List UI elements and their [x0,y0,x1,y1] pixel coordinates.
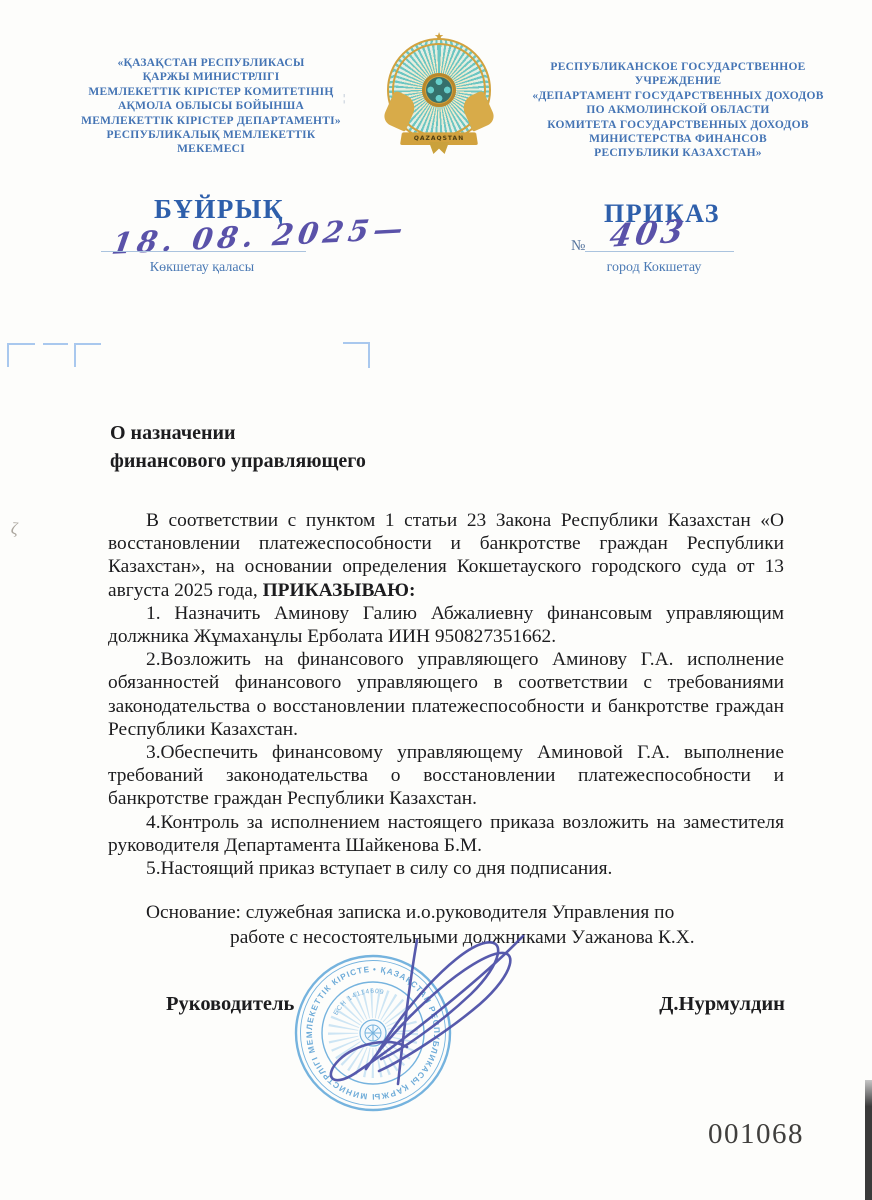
scan-smudge: ¦ [343,92,345,104]
subject-line: О назначении [110,419,366,447]
org-kk-line: АҚМОЛА ОБЛЫСЫ БОЙЫНША [66,99,356,113]
number-sign-label: № [571,238,585,255]
org-kk-line: «ҚАЗАҚСТАН РЕСПУБЛИКАСЫ [66,56,356,70]
crop-mark [7,343,9,367]
crop-mark [343,342,370,344]
org-ru-line: ПО АКМОЛИНСКОЙ ОБЛАСТИ [498,103,858,117]
signer-position-label: Руководитель [166,993,294,1016]
letterhead-org-name-kazakh: «ҚАЗАҚСТАН РЕСПУБЛИКАСЫ ҚАРЖЫ МИНИСТРЛІГ… [66,56,356,157]
org-ru-line: КОМИТЕТА ГОСУДАРСТВЕННЫХ ДОХОДОВ [498,118,858,132]
order-body: В соответствии с пунктом 1 статьи 23 Зак… [108,509,784,880]
order-item: 2.Возложить на финансового управляющего … [108,648,784,741]
crop-mark [43,343,68,345]
order-item: 5.Настоящий приказ вступает в силу со дн… [108,857,784,880]
crop-mark [368,342,370,368]
org-kk-line: РЕСПУБЛИКАЛЫҚ МЕМЛЕКЕТТІК [66,128,356,142]
emblem-shanyrak [422,73,456,107]
crop-mark [7,343,35,345]
date-underline [101,251,306,252]
org-ru-line: «ДЕПАРТАМЕНТ ГОСУДАРСТВЕННЫХ ДОХОДОВ [498,89,858,103]
signer-name: Д.Нурмулдин [640,993,785,1016]
org-kk-line: МЕКЕМЕСІ [66,142,356,156]
document-subject: О назначении финансового управляющего [110,419,366,475]
scan-smudge: ζ [9,519,19,540]
order-item: 4.Контроль за исполнением настоящего при… [108,811,784,857]
letterhead-org-name-russian: РЕСПУБЛИКАНСКОЕ ГОСУДАРСТВЕННОЕ УЧРЕЖДЕН… [498,60,858,161]
page-serial-number: 001068 [708,1118,804,1151]
org-ru-line: РЕСПУБЛИКАНСКОЕ ГОСУДАРСТВЕННОЕ [498,60,858,74]
org-ru-line: РЕСПУБЛИКИ КАЗАХСТАН» [498,146,858,160]
org-kk-line: МЕМЛЕКЕТТІК КІРІСТЕР ДЕПАРТАМЕНТІ» [66,114,356,128]
kazakhstan-coat-of-arms-icon: ★ QAZAQSTAN [385,36,493,158]
emblem-banner-tail [429,142,449,154]
order-item: 1. Назначить Аминову Галию Абжалиевну фи… [108,602,784,648]
place-russian: город Кокшетау [569,260,739,276]
handwritten-order-number: 403 [607,213,690,255]
subject-line: финансового управляющего [110,447,366,475]
place-kazakh: Көкшетау қаласы [117,260,287,276]
handwritten-signature [280,918,560,1108]
org-kk-line: ҚАРЖЫ МИНИСТРЛІГІ [66,70,356,84]
scan-edge-shadow [865,1080,872,1200]
preamble-paragraph: В соответствии с пунктом 1 статьи 23 Зак… [108,509,784,602]
order-verb: ПРИКАЗЫВАЮ: [263,580,416,601]
org-ru-line: УЧРЕЖДЕНИЕ [498,74,858,88]
org-ru-line: МИНИСТЕРСТВА ФИНАНСОВ [498,132,858,146]
org-kk-line: МЕМЛЕКЕТТІК КІРІСТЕР КОМИТЕТІНІҢ [66,85,356,99]
number-underline [585,251,734,252]
crop-mark [74,343,76,367]
preamble-text: В соответствии с пунктом 1 статьи 23 Зак… [108,510,784,601]
scanned-order-document: «ҚАЗАҚСТАН РЕСПУБЛИКАСЫ ҚАРЖЫ МИНИСТРЛІГ… [0,0,872,1200]
order-item: 3.Обеспечить финансовому управляющему Ам… [108,741,784,811]
crop-mark [74,343,101,345]
